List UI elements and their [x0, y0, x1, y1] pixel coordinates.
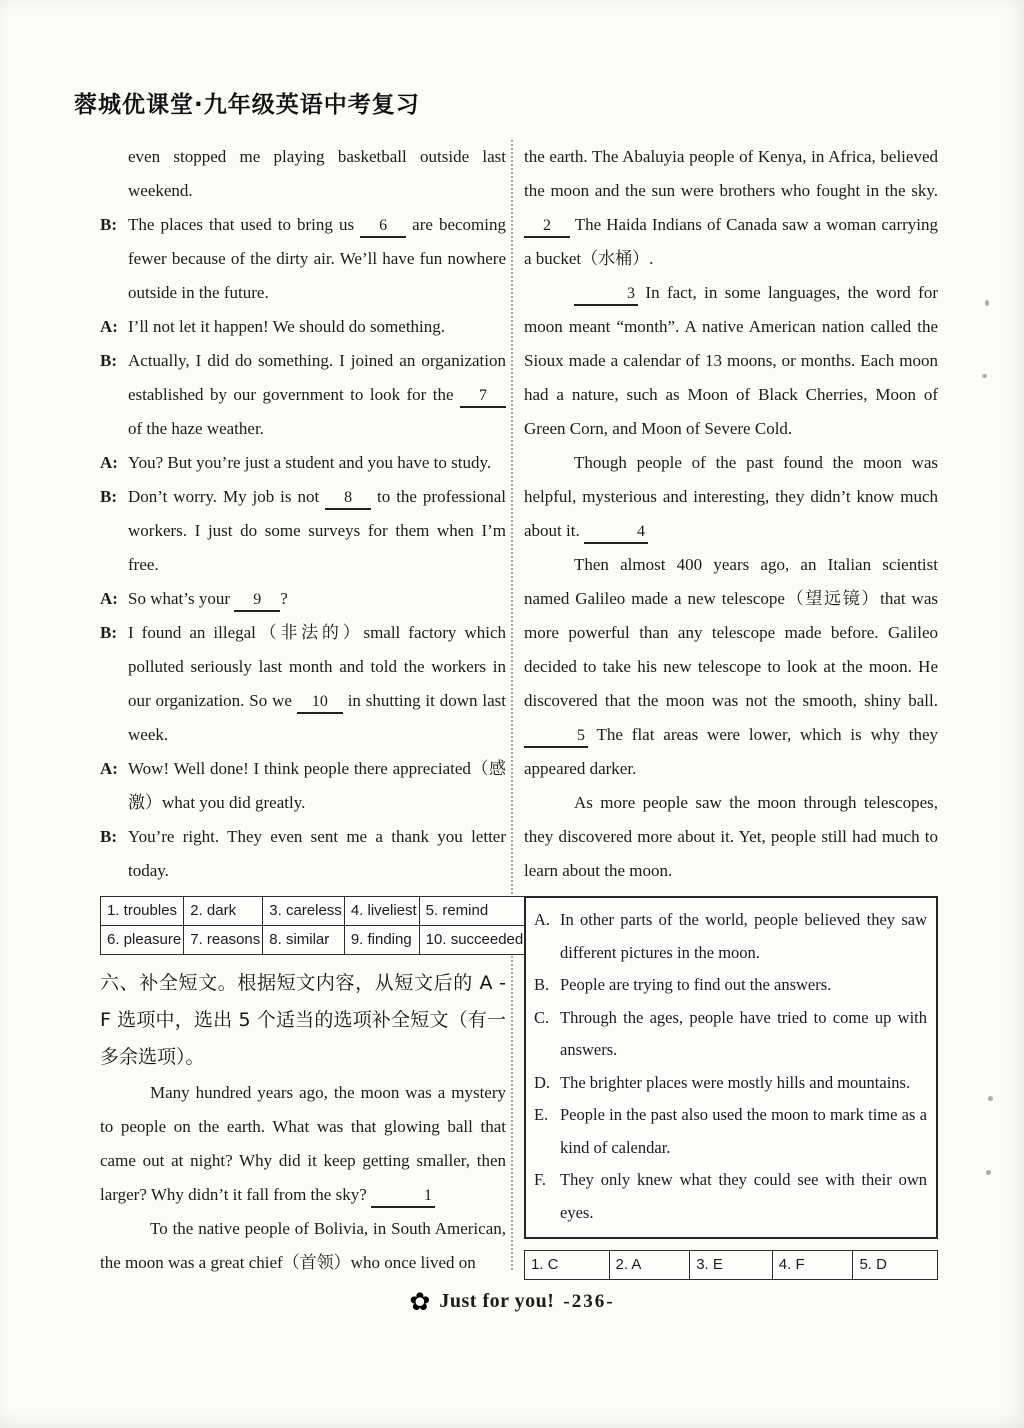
- fill-in-blank-10: 10: [297, 692, 343, 714]
- answer-cell: 1. C: [525, 1251, 610, 1280]
- passage-paragraph: Though people of the past found the moon…: [524, 446, 938, 548]
- fill-in-blank-3: 3: [574, 284, 638, 306]
- dialogue-text: The places that used to bring us 6 are b…: [128, 215, 506, 302]
- option-text: They only knew what they could see with …: [560, 1164, 927, 1229]
- option-label: B.: [534, 969, 549, 1002]
- passage-paragraph: Then almost 400 years ago, an Italian sc…: [524, 548, 938, 786]
- page-number: -236-: [563, 1291, 614, 1313]
- word-bank-row: 6. pleasure7. reasons8. similar9. findin…: [101, 926, 526, 955]
- carryover-paragraph: even stopped me playing basketball outsi…: [128, 140, 506, 208]
- word-bank-cell: 6. pleasure: [101, 926, 184, 955]
- passage-paragraph: 3 In fact, in some languages, the word f…: [524, 276, 938, 446]
- dialogue-line: B:I found an illegal（非法的）small factory w…: [100, 616, 506, 752]
- scan-artifact: [982, 374, 987, 378]
- right-column: the earth. The Abaluyia people of Kenya,…: [524, 140, 938, 1280]
- dialogue-line: A:Wow! Well done! I think people there a…: [100, 752, 506, 820]
- speaker-label: A:: [100, 310, 118, 344]
- passage-paragraph: As more people saw the moon through tele…: [524, 786, 938, 888]
- scan-artifact: [985, 300, 989, 306]
- footer-brand-text: Just for you!: [439, 1290, 554, 1313]
- word-bank-row: 1. troubles2. dark3. careless4. livelies…: [101, 897, 526, 926]
- dialogue-line: A:So what’s your 9?: [100, 582, 506, 616]
- option-text: Through the ages, people have tried to c…: [560, 1002, 927, 1067]
- publisher-logo-icon: ✿: [409, 1289, 430, 1314]
- option-label: C.: [534, 1002, 549, 1035]
- word-bank-cell: 4. liveliest: [344, 897, 419, 926]
- answer-table: 1. C2. A3. E4. F5. D: [524, 1250, 938, 1280]
- page-footer: ✿ Just for you! -236-: [0, 1289, 1024, 1314]
- right-passage: the earth. The Abaluyia people of Kenya,…: [524, 140, 938, 888]
- scan-artifact: [988, 1096, 993, 1101]
- dialogue-line: B:Actually, I did do something. I joined…: [100, 344, 506, 446]
- option-item: A.In other parts of the world, people be…: [534, 904, 927, 969]
- answer-row: 1. C2. A3. E4. F5. D: [525, 1251, 938, 1280]
- section-six-heading: 六、补全短文。根据短文内容，从短文后的 A - F 选项中，选出 5 个适当的选…: [100, 965, 506, 1076]
- option-label: F.: [534, 1164, 546, 1197]
- fill-in-blank-4: 4: [584, 522, 648, 544]
- dialogue-text: You? But you’re just a student and you h…: [128, 453, 491, 472]
- option-item: B.People are trying to find out the answ…: [534, 969, 927, 1002]
- speaker-label: B:: [100, 820, 117, 854]
- word-bank-cell: 10. succeeded: [419, 926, 526, 955]
- fill-in-blank-7: 7: [460, 386, 506, 408]
- fill-in-blank-8: 8: [325, 488, 371, 510]
- speaker-label: B:: [100, 344, 117, 378]
- option-text: People are trying to find out the answer…: [560, 969, 927, 1002]
- answer-cell: 4. F: [772, 1251, 853, 1280]
- speaker-label: B:: [100, 616, 117, 650]
- dialogue-list: B:The places that used to bring us 6 are…: [100, 208, 506, 888]
- option-label: A.: [534, 904, 550, 937]
- speaker-label: A:: [100, 582, 118, 616]
- left-passage: Many hundred years ago, the moon was a m…: [100, 1076, 506, 1280]
- dialogue-text: I’ll not let it happen! We should do som…: [128, 317, 445, 336]
- word-bank-table: 1. troubles2. dark3. careless4. livelies…: [100, 896, 526, 955]
- option-text: In other parts of the world, people beli…: [560, 904, 927, 969]
- option-label: E.: [534, 1099, 548, 1132]
- dialogue-line: A:I’ll not let it happen! We should do s…: [100, 310, 506, 344]
- fill-in-blank-5: 5: [524, 726, 588, 748]
- answer-cell: 2. A: [609, 1251, 690, 1280]
- passage-paragraph: Many hundred years ago, the moon was a m…: [100, 1076, 506, 1212]
- dialogue-line: A:You? But you’re just a student and you…: [100, 446, 506, 480]
- option-item: C.Through the ages, people have tried to…: [534, 1002, 927, 1067]
- speaker-label: B:: [100, 480, 117, 514]
- dialogue-line: B:Don’t worry. My job is not 8 to the pr…: [100, 480, 506, 582]
- word-bank-cell: 3. careless: [263, 897, 345, 926]
- scanned-workbook-page: 蓉城优课堂·九年级英语中考复习 even stopped me playing …: [0, 0, 1024, 1428]
- column-divider: [511, 140, 513, 1270]
- page-title: 蓉城优课堂·九年级英语中考复习: [74, 86, 420, 119]
- dialogue-line: B:The places that used to bring us 6 are…: [100, 208, 506, 310]
- answer-cell: 5. D: [853, 1251, 938, 1280]
- dialogue-text: Actually, I did do something. I joined a…: [128, 351, 506, 438]
- word-bank-cell: 1. troubles: [101, 897, 184, 926]
- option-text: The brighter places were mostly hills an…: [560, 1067, 927, 1100]
- option-text: People in the past also used the moon to…: [560, 1099, 927, 1164]
- left-column: even stopped me playing basketball outsi…: [100, 140, 506, 1280]
- dialogue-text: You’re right. They even sent me a thank …: [128, 827, 506, 880]
- option-label: D.: [534, 1067, 550, 1100]
- dialogue-text: I found an illegal（非法的）small factory whi…: [128, 623, 506, 744]
- fill-in-blank-6: 6: [360, 216, 406, 238]
- options-box: A.In other parts of the world, people be…: [524, 896, 938, 1239]
- option-item: E.People in the past also used the moon …: [534, 1099, 927, 1164]
- dialogue-line: B:You’re right. They even sent me a than…: [100, 820, 506, 888]
- dialogue-text: Don’t worry. My job is not 8 to the prof…: [128, 487, 506, 574]
- speaker-label: A:: [100, 752, 118, 786]
- word-bank-cell: 2. dark: [184, 897, 263, 926]
- word-bank-cell: 9. finding: [344, 926, 419, 955]
- answer-cell: 3. E: [690, 1251, 773, 1280]
- passage-paragraph: the earth. The Abaluyia people of Kenya,…: [524, 140, 938, 276]
- scan-artifact: [986, 1170, 991, 1175]
- word-bank-cell: 5. remind: [419, 897, 526, 926]
- word-bank-body: 1. troubles2. dark3. careless4. livelies…: [101, 897, 526, 955]
- fill-in-blank-2: 2: [524, 216, 570, 238]
- fill-in-blank-1: 1: [371, 1186, 435, 1208]
- option-item: F.They only knew what they could see wit…: [534, 1164, 927, 1229]
- dialogue-text: Wow! Well done! I think people there app…: [128, 759, 506, 812]
- word-bank-cell: 7. reasons: [184, 926, 263, 955]
- speaker-label: B:: [100, 208, 117, 242]
- dialogue-text: So what’s your 9?: [128, 589, 288, 608]
- speaker-label: A:: [100, 446, 118, 480]
- fill-in-blank-9: 9: [234, 590, 280, 612]
- option-item: D.The brighter places were mostly hills …: [534, 1067, 927, 1100]
- word-bank-cell: 8. similar: [263, 926, 345, 955]
- passage-paragraph: To the native people of Bolivia, in Sout…: [100, 1212, 506, 1280]
